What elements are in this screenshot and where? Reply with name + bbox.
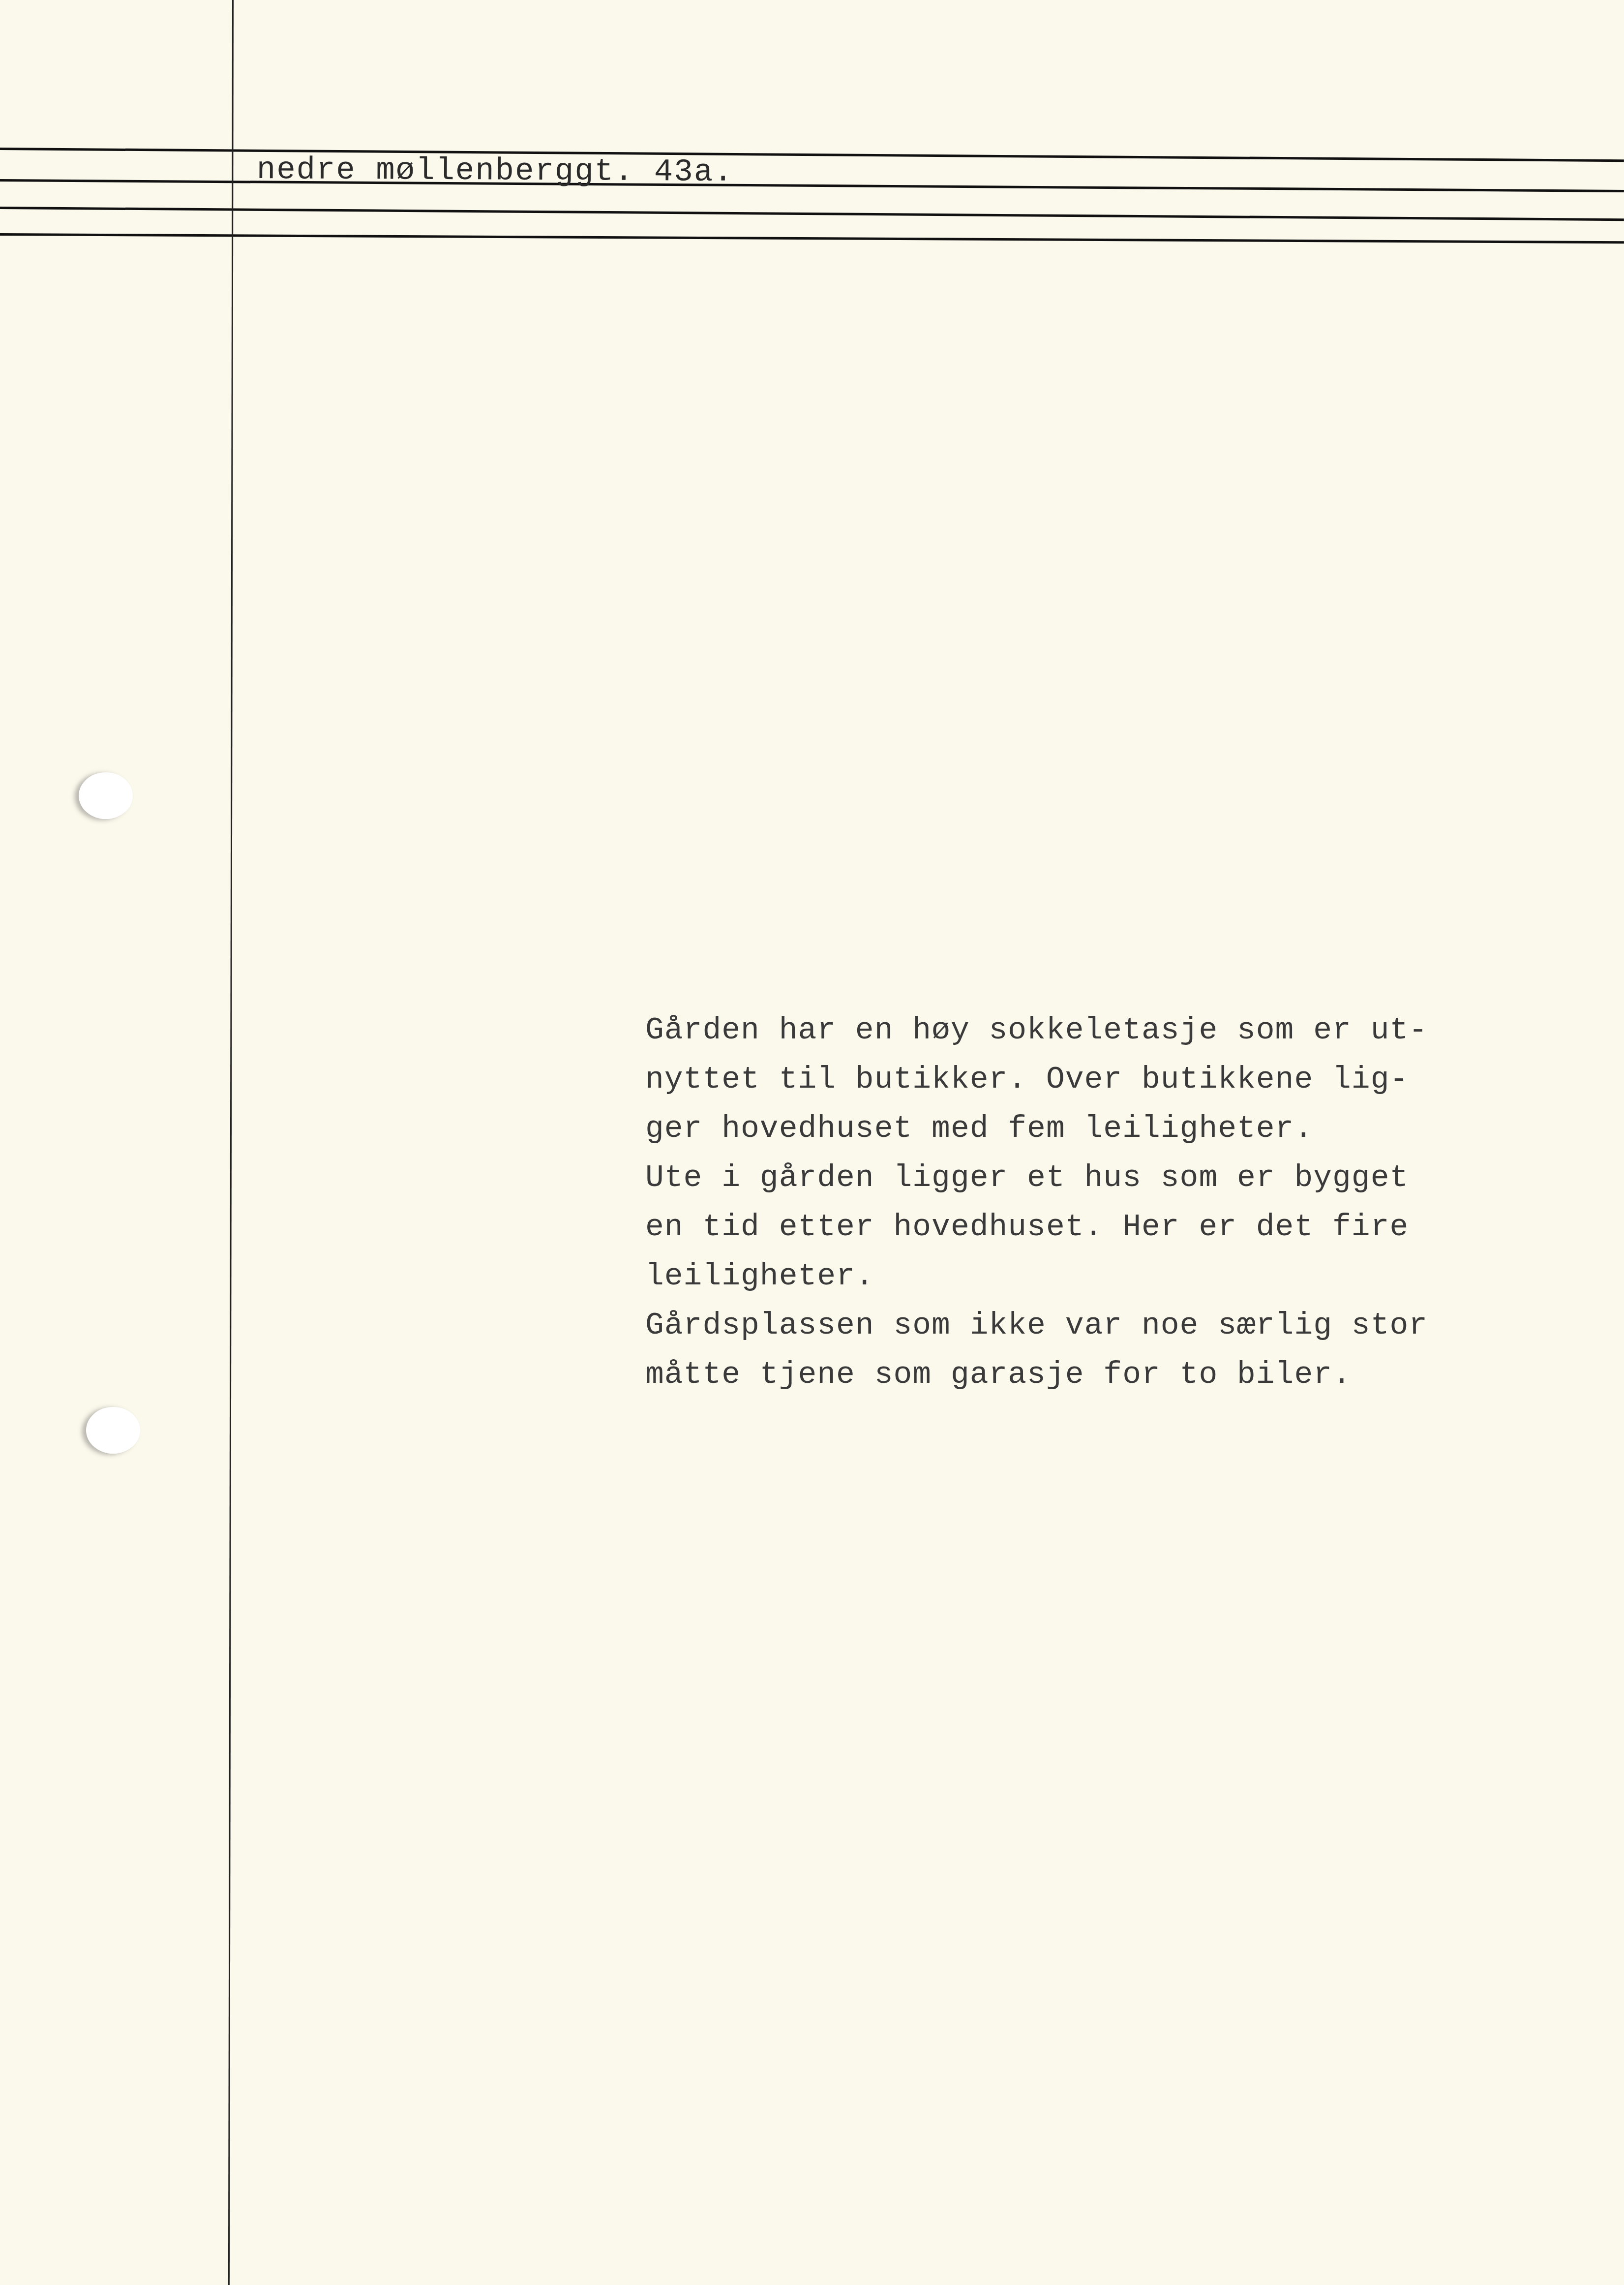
- header-rule-1: [0, 148, 1624, 162]
- text-line: Gårdsplassen som ikke var noe særlig sto…: [645, 1301, 1428, 1350]
- header-rule-2: [0, 179, 1624, 192]
- description-text: Gården har en høy sokkeletasje som er ut…: [645, 1006, 1428, 1400]
- text-line: måtte tjene som garasje for to biler.: [645, 1350, 1428, 1400]
- header-rule-3: [0, 207, 1624, 221]
- punch-hole-bottom: [86, 1407, 140, 1454]
- text-line: en tid etter hovedhuset. Her er det fire: [645, 1203, 1428, 1252]
- text-line: Gården har en høy sokkeletasje som er ut…: [645, 1006, 1428, 1055]
- text-line: Ute i gården ligger et hus som er bygget: [645, 1154, 1428, 1203]
- text-line: leiligheter.: [645, 1252, 1428, 1301]
- text-line: ger hovedhuset med fem leiligheter.: [645, 1104, 1428, 1154]
- text-line: nyttet til butikker. Over butikkene lig-: [645, 1055, 1428, 1104]
- punch-hole-top: [79, 772, 133, 819]
- margin-rule: [228, 0, 234, 2285]
- address-heading: nedre møllenberggt. 43a.: [257, 152, 734, 190]
- header-rule-4: [0, 233, 1624, 244]
